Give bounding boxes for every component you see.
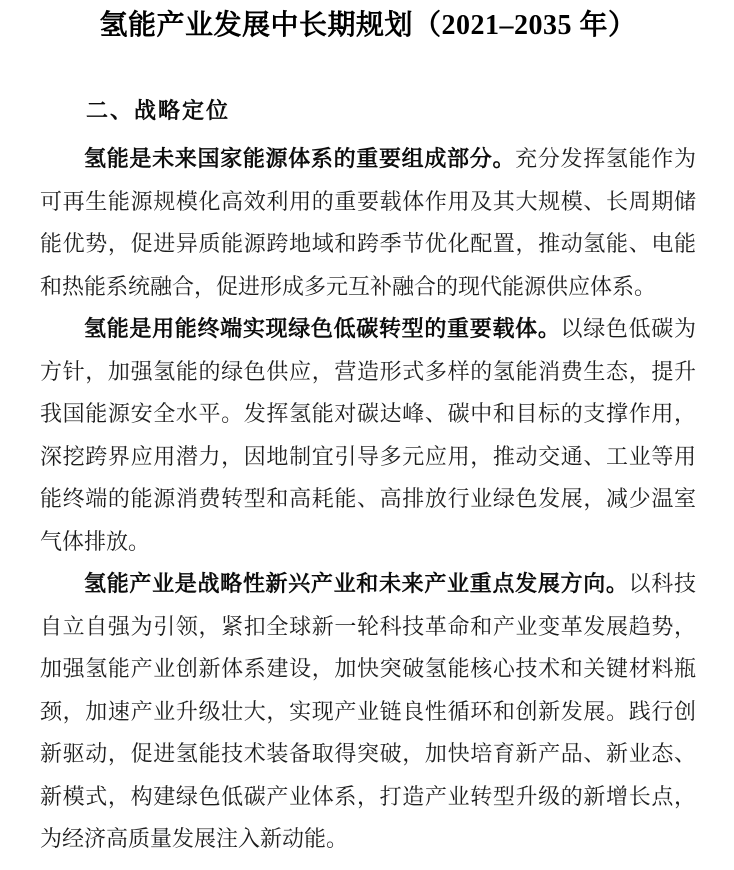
paragraph: 氢能产业是战略性新兴产业和未来产业重点发展方向。以科技自立自强为引领，紧扣全球新… [40,563,696,861]
document-page: 氢能产业发展中长期规划（2021–2035 年） 二、战略定位 氢能是未来国家能… [0,0,734,870]
paragraph-body-text: 以科技自立自强为引领，紧扣全球新一轮科技革命和产业变革发展趋势，加强氢能产业创新… [40,571,696,851]
paragraph-lead-sentence: 氢能产业是战略性新兴产业和未来产业重点发展方向。 [84,571,629,596]
paragraph: 氢能是用能终端实现绿色低碳转型的重要载体。以绿色低碳为方针，加强氢能的绿色供应，… [40,308,696,563]
paragraph-lead-sentence: 氢能是未来国家能源体系的重要组成部分。 [84,146,515,171]
paragraph-lead-sentence: 氢能是用能终端实现绿色低碳转型的重要载体。 [84,316,561,341]
document-body: 氢能是未来国家能源体系的重要组成部分。充分发挥氢能作为可再生能源规模化高效利用的… [40,138,696,861]
section-heading: 二、战略定位 [40,98,696,124]
paragraph: 氢能是未来国家能源体系的重要组成部分。充分发挥氢能作为可再生能源规模化高效利用的… [40,138,696,308]
paragraph-body-text: 以绿色低碳为方针，加强氢能的绿色供应，营造形式多样的氢能消费生态，提升我国能源安… [40,316,696,554]
document-title: 氢能产业发展中长期规划（2021–2035 年） [40,6,696,46]
